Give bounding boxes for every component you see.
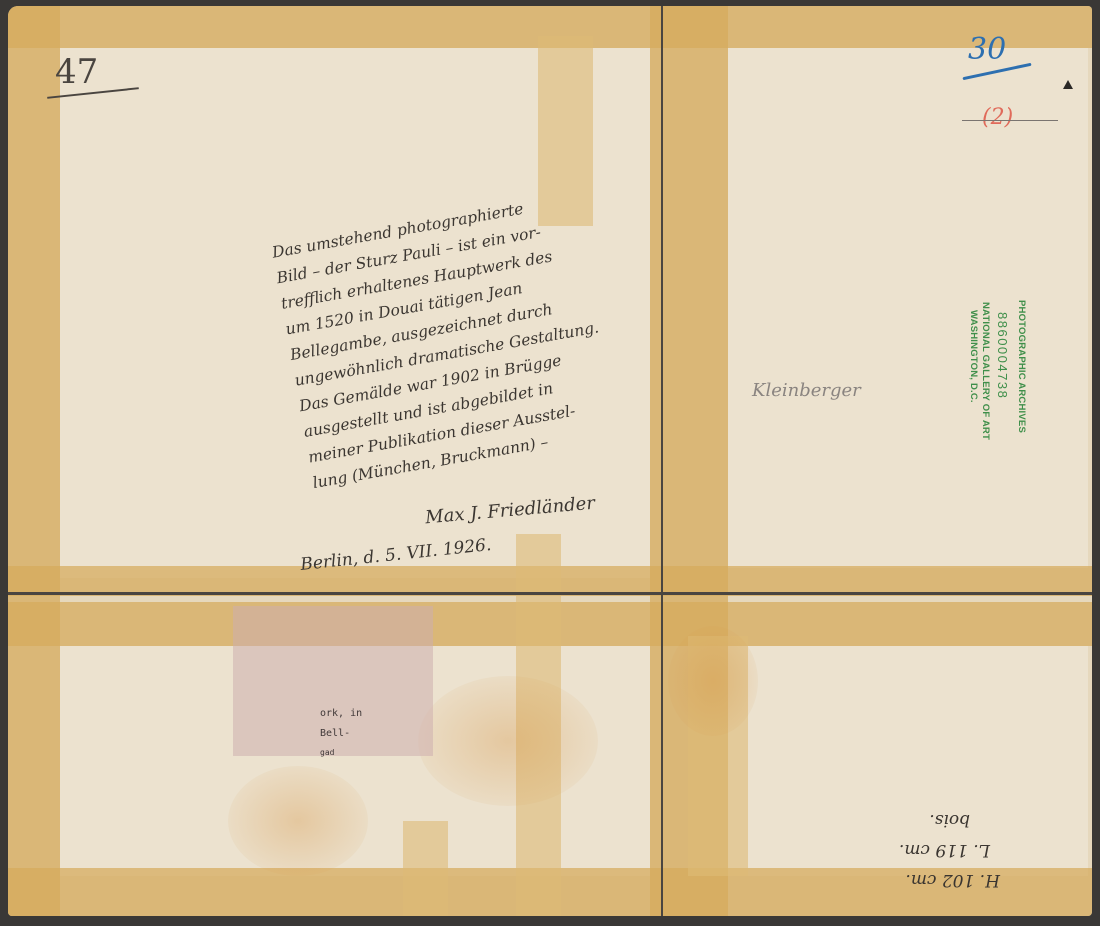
tape-strip-bottom [403,821,448,916]
dimensions-note: H. 102 cm. L. 119 cm. bois. [880,795,1000,895]
red-number: (2) [982,105,1013,130]
strike-line [962,120,1058,121]
blue-number: 30 [968,32,1006,67]
pencil-name: Kleinberger [752,380,861,401]
stamp-number: 8860004738 [995,312,1010,399]
typed-text: ork, in [320,708,362,719]
mount-board [8,6,1092,916]
crack-vertical [661,6,663,916]
water-stain [228,766,368,876]
water-stain [418,676,598,806]
stamp-line: NATIONAL GALLERY OF ART [980,302,991,440]
stamp-line: WASHINGTON, D.C. [968,310,979,403]
water-stain [668,626,758,736]
stamp-line: PHOTOGRAPHIC ARCHIVES [1016,300,1027,433]
catalog-number-47: 47 [55,52,98,92]
crack-horizontal [8,592,1092,595]
dim-line: bois. [880,805,1000,835]
archive-stamp: PHOTOGRAPHIC ARCHIVES 8860004738 NATIONA… [955,300,1045,425]
dim-line: H. 102 cm. [880,865,1000,895]
triangle-mark [1063,80,1073,89]
typed-text: Bell- [320,728,350,739]
dim-line: L. 119 cm. [880,835,1000,865]
typed-text: gad [320,748,334,757]
tape-left [8,6,60,916]
